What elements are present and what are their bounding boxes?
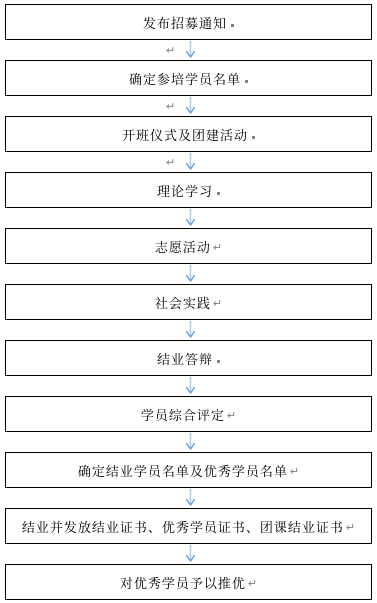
end-of-text-mark: ↵: [227, 409, 236, 422]
down-arrow-icon: [184, 377, 197, 395]
connector: [0, 432, 377, 452]
end-of-text-mark: ↵: [213, 297, 222, 310]
flow-step: 对优秀学员予以推优 ↵: [0, 564, 377, 600]
down-arrow-icon: [184, 545, 197, 563]
connector: [0, 264, 377, 284]
end-of-text-mark: [252, 136, 255, 139]
end-of-text-mark: [217, 360, 220, 363]
flow-step: 确定参培学员名单 ↵: [0, 60, 377, 116]
flowchart: ↵ 发布招募通知 ↵ 确定参培学员名单 ↵ 开班仪式及: [0, 0, 377, 603]
flow-step: 志愿活动 ↵: [0, 228, 377, 284]
end-of-text-mark: [245, 80, 248, 83]
flow-step: 发布招募通知 ↵: [0, 4, 377, 60]
end-of-text-mark: ↵: [248, 577, 257, 590]
flow-step: 理论学习: [0, 172, 377, 228]
down-arrow-icon: [184, 209, 197, 227]
flow-step-label: 确定结业学员名单及优秀学员名单: [78, 461, 288, 480]
flow-step-label: 开班仪式及团建活动: [122, 125, 248, 144]
flow-step: 学员综合评定 ↵: [0, 396, 377, 452]
flow-step-label: 理论学习: [157, 181, 213, 200]
connector: [0, 544, 377, 564]
flow-step-label: 社会实践: [155, 293, 211, 312]
end-of-text-mark: ↵: [346, 521, 355, 534]
end-of-text-mark: ↵: [290, 465, 299, 478]
flow-step-label: 结业并发放结业证书、优秀学员证书、团课结业证书: [22, 517, 344, 536]
flow-step-box: 确定结业学员名单及优秀学员名单 ↵: [5, 452, 372, 488]
flow-step: 社会实践 ↵: [0, 284, 377, 340]
connector: [0, 208, 377, 228]
flow-step-box: 社会实践 ↵: [5, 284, 372, 320]
flow-step-box: 理论学习: [5, 172, 372, 208]
flow-step-box: 发布招募通知: [5, 4, 372, 40]
flow-step-box: 开班仪式及团建活动: [5, 116, 372, 152]
flow-step-box: 结业答辩: [5, 340, 372, 376]
connector: ↵: [0, 152, 377, 172]
flow-step-box: 学员综合评定 ↵: [5, 396, 372, 432]
end-of-text-mark: [217, 192, 220, 195]
end-of-text-mark: [231, 24, 234, 27]
down-arrow-icon: [184, 41, 197, 59]
connector: [0, 488, 377, 508]
flow-step-label: 对优秀学员予以推优: [120, 573, 246, 592]
down-arrow-icon: [184, 97, 197, 115]
return-mark: ↵: [166, 46, 175, 57]
flow-step-box: 结业并发放结业证书、优秀学员证书、团课结业证书 ↵: [5, 508, 372, 544]
flow-step: 结业并发放结业证书、优秀学员证书、团课结业证书 ↵: [0, 508, 377, 564]
flow-step-label: 确定参培学员名单: [129, 69, 241, 88]
down-arrow-icon: [184, 265, 197, 283]
flow-step: 开班仪式及团建活动 ↵: [0, 116, 377, 172]
flow-step-label: 发布招募通知: [143, 13, 227, 32]
flow-step-label: 结业答辩: [157, 349, 213, 368]
connector: ↵: [0, 40, 377, 60]
down-arrow-icon: [184, 489, 197, 507]
flow-step-label: 志愿活动: [155, 237, 211, 256]
return-mark: ↵: [166, 158, 175, 169]
connector: [0, 376, 377, 396]
flow-step-box: 确定参培学员名单: [5, 60, 372, 96]
down-arrow-icon: [184, 321, 197, 339]
flow-step: 结业答辩: [0, 340, 377, 396]
return-mark: ↵: [166, 102, 175, 113]
flow-step-label: 学员综合评定: [141, 405, 225, 424]
down-arrow-icon: [184, 153, 197, 171]
down-arrow-icon: [184, 433, 197, 451]
flow-step-box: 志愿活动 ↵: [5, 228, 372, 264]
connector: ↵: [0, 96, 377, 116]
connector: [0, 320, 377, 340]
clipped-return-mark: ↵: [170, 0, 179, 4]
flowchart-steps: 发布招募通知 ↵ 确定参培学员名单 ↵ 开班仪式及团建活动: [0, 4, 377, 600]
end-of-text-mark: ↵: [213, 241, 222, 254]
flow-step: 确定结业学员名单及优秀学员名单 ↵: [0, 452, 377, 508]
flow-step-box: 对优秀学员予以推优 ↵: [5, 564, 372, 600]
